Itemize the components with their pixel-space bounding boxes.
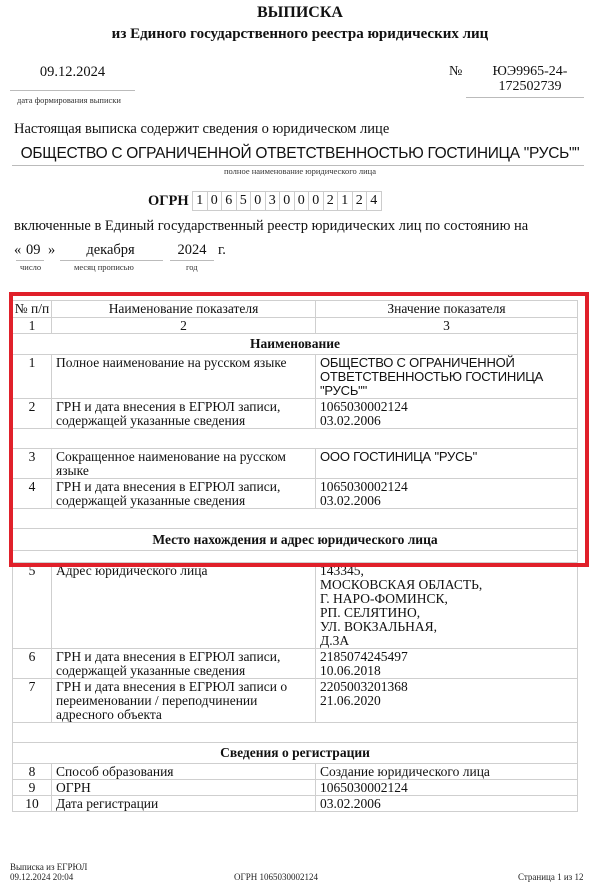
issue-date-caption: дата формирования выписки xyxy=(17,95,121,105)
section-row: Место нахождения и адрес юридического ли… xyxy=(13,529,578,551)
table-row: 1 Полное наименование на русском языке О… xyxy=(13,355,578,399)
header-indicator-name: Наименование показателя xyxy=(52,301,316,318)
col-number: 3 xyxy=(316,318,578,334)
table-row: 9 ОГРН 1065030002124 xyxy=(13,780,578,796)
spacer-cell xyxy=(13,551,578,563)
ogrn-digit: 0 xyxy=(250,191,265,211)
footer-page-number: Страница 1 из 12 xyxy=(518,872,584,882)
as-of-day: 09 xyxy=(26,242,41,259)
row-label: Способ образования xyxy=(52,764,316,780)
column-numbers-row: 1 2 3 xyxy=(13,318,578,334)
section-name-title: Наименование xyxy=(13,334,578,355)
row-number: 3 xyxy=(13,449,52,479)
row-value-address: 143345, МОСКОВСКАЯ ОБЛАСТЬ, Г. НАРО-ФОМИ… xyxy=(316,563,578,649)
row-number: 6 xyxy=(13,649,52,679)
document-number-underline xyxy=(466,97,584,98)
row-number: 1 xyxy=(13,355,52,399)
row-value: 220500320136821.06.2020 xyxy=(316,679,578,723)
issue-date-underline xyxy=(10,90,135,91)
address-line: МОСКОВСКАЯ ОБЛАСТЬ, xyxy=(320,578,573,592)
table-row: 7 ГРН и дата внесения в ЕГРЮЛ записи о п… xyxy=(13,679,578,723)
row-value: ООО ГОСТИНИЦА "РУСЬ" xyxy=(316,449,578,479)
row-number: 4 xyxy=(13,479,52,509)
ogrn-digit: 6 xyxy=(221,191,236,211)
spacer-row xyxy=(13,723,578,743)
row-value: ОБЩЕСТВО С ОГРАНИЧЕННОЙ ОТВЕТСТВЕННОСТЬЮ… xyxy=(316,355,578,399)
month-caption: месяц прописью xyxy=(74,262,134,272)
ogrn-digit: 1 xyxy=(192,191,207,211)
ogrn-digit: 0 xyxy=(308,191,323,211)
row-number: 9 xyxy=(13,780,52,796)
grn-date: 03.02.2006 xyxy=(320,414,573,428)
table-row: 6 ГРН и дата внесения в ЕГРЮЛ записи, со… xyxy=(13,649,578,679)
footer-left: Выписка из ЕГРЮЛ 09.12.2024 20:04 xyxy=(10,862,87,882)
section-address-title: Место нахождения и адрес юридического ли… xyxy=(13,529,578,551)
address-line: Д.3А xyxy=(320,634,573,648)
included-text: включенные в Единый государственный реес… xyxy=(14,218,528,235)
as-of-month: декабря xyxy=(58,242,163,259)
spacer-row xyxy=(13,551,578,563)
table-header-row: № п/п Наименование показателя Значение п… xyxy=(13,301,578,318)
ogrn-label: ОГРН xyxy=(148,193,189,210)
issue-date: 09.12.2024 xyxy=(10,64,135,81)
ogrn-digit: 0 xyxy=(294,191,309,211)
org-full-name: ОБЩЕСТВО С ОГРАНИЧЕННОЙ ОТВЕТСТВЕННОСТЬЮ… xyxy=(0,145,600,163)
address-line: Г. НАРО-ФОМИНСК, xyxy=(320,592,573,606)
row-value: 106503000212403.02.2006 xyxy=(316,479,578,509)
header-number: № п/п xyxy=(13,301,52,318)
col-number: 1 xyxy=(13,318,52,334)
footer-ogrn: ОГРН 1065030002124 xyxy=(234,872,318,882)
ogrn-digit: 4 xyxy=(366,191,382,211)
grn-date: 10.06.2018 xyxy=(320,664,573,678)
table-row: 10 Дата регистрации 03.02.2006 xyxy=(13,796,578,812)
table-row: 3 Сокращенное наименование на русском яз… xyxy=(13,449,578,479)
section-row: Наименование xyxy=(13,334,578,355)
row-number: 7 xyxy=(13,679,52,723)
grn: 1065030002124 xyxy=(320,400,573,414)
egrul-table: № п/п Наименование показателя Значение п… xyxy=(12,300,578,812)
col-number: 2 xyxy=(52,318,316,334)
ogrn-digit: 0 xyxy=(207,191,222,211)
document-title: ВЫПИСКА xyxy=(0,4,600,22)
row-number: 5 xyxy=(13,563,52,649)
table-row: 2 ГРН и дата внесения в ЕГРЮЛ записи, со… xyxy=(13,399,578,429)
grn-date: 03.02.2006 xyxy=(320,494,573,508)
ogrn-digit: 3 xyxy=(265,191,280,211)
document-subtitle: из Единого государственного реестра юрид… xyxy=(0,26,600,43)
row-number: 8 xyxy=(13,764,52,780)
header-indicator-value: Значение показателя xyxy=(316,301,578,318)
row-value: 106503000212403.02.2006 xyxy=(316,399,578,429)
row-number: 10 xyxy=(13,796,52,812)
table-row: 5 Адрес юридического лица 143345, МОСКОВ… xyxy=(13,563,578,649)
spacer-row xyxy=(13,429,578,449)
row-label: ГРН и дата внесения в ЕГРЮЛ записи, соде… xyxy=(52,649,316,679)
row-value: Создание юридического лица xyxy=(316,764,578,780)
row-value: 218507424549710.06.2018 xyxy=(316,649,578,679)
quote-close: » xyxy=(48,242,55,259)
day-caption: число xyxy=(20,262,41,272)
table-row: 8 Способ образования Создание юридическо… xyxy=(13,764,578,780)
number-sign: № xyxy=(449,64,462,80)
address-line: 143345, xyxy=(320,564,573,578)
row-label: ОГРН xyxy=(52,780,316,796)
spacer-row xyxy=(13,509,578,529)
document-number-line1: ЮЭ9965-24- xyxy=(465,64,595,79)
ogrn-digit: 5 xyxy=(236,191,251,211)
table-row: 4 ГРН и дата внесения в ЕГРЮЛ записи, со… xyxy=(13,479,578,509)
year-underline xyxy=(170,260,214,261)
spacer-cell xyxy=(13,509,578,529)
row-value: 03.02.2006 xyxy=(316,796,578,812)
row-value: 1065030002124 xyxy=(316,780,578,796)
spacer-cell xyxy=(13,723,578,743)
ogrn-digit: 2 xyxy=(323,191,338,211)
grn: 2185074245497 xyxy=(320,650,573,664)
address-line: РП. СЕЛЯТИНО, xyxy=(320,606,573,620)
document-number-line2: 172502739 xyxy=(465,79,595,94)
row-label: ГРН и дата внесения в ЕГРЮЛ записи, соде… xyxy=(52,399,316,429)
section-row: Сведения о регистрации xyxy=(13,743,578,764)
ogrn-digit: 0 xyxy=(279,191,294,211)
ogrn-digit-boxes: 1 0 6 5 0 3 0 0 0 2 1 2 4 xyxy=(192,191,382,211)
spacer-cell xyxy=(13,429,578,449)
footer-source: Выписка из ЕГРЮЛ xyxy=(10,862,87,872)
day-underline xyxy=(16,260,44,261)
row-label: ГРН и дата внесения в ЕГРЮЛ записи о пер… xyxy=(52,679,316,723)
row-label: Сокращенное наименование на русском язык… xyxy=(52,449,316,479)
intro-text: Настоящая выписка содержит сведения о юр… xyxy=(14,121,389,138)
row-label: Дата регистрации xyxy=(52,796,316,812)
month-underline xyxy=(60,260,163,261)
section-registration-title: Сведения о регистрации xyxy=(13,743,578,764)
ogrn-digit: 1 xyxy=(337,191,352,211)
as-of-year: 2024 xyxy=(170,242,214,259)
year-suffix: г. xyxy=(218,242,226,259)
footer-timestamp: 09.12.2024 20:04 xyxy=(10,872,87,882)
grn: 1065030002124 xyxy=(320,480,573,494)
quote-open: « xyxy=(14,242,21,259)
ogrn-digit: 2 xyxy=(352,191,367,211)
year-caption: год xyxy=(186,262,198,272)
grn: 2205003201368 xyxy=(320,680,573,694)
grn-date: 21.06.2020 xyxy=(320,694,573,708)
row-label: Адрес юридического лица xyxy=(52,563,316,649)
row-label: Полное наименование на русском языке xyxy=(52,355,316,399)
address-line: УЛ. ВОКЗАЛЬНАЯ, xyxy=(320,620,573,634)
row-label: ГРН и дата внесения в ЕГРЮЛ записи, соде… xyxy=(52,479,316,509)
document-number: ЮЭ9965-24- 172502739 xyxy=(465,64,595,94)
org-name-caption: полное наименование юридического лица xyxy=(0,166,600,176)
row-number: 2 xyxy=(13,399,52,429)
